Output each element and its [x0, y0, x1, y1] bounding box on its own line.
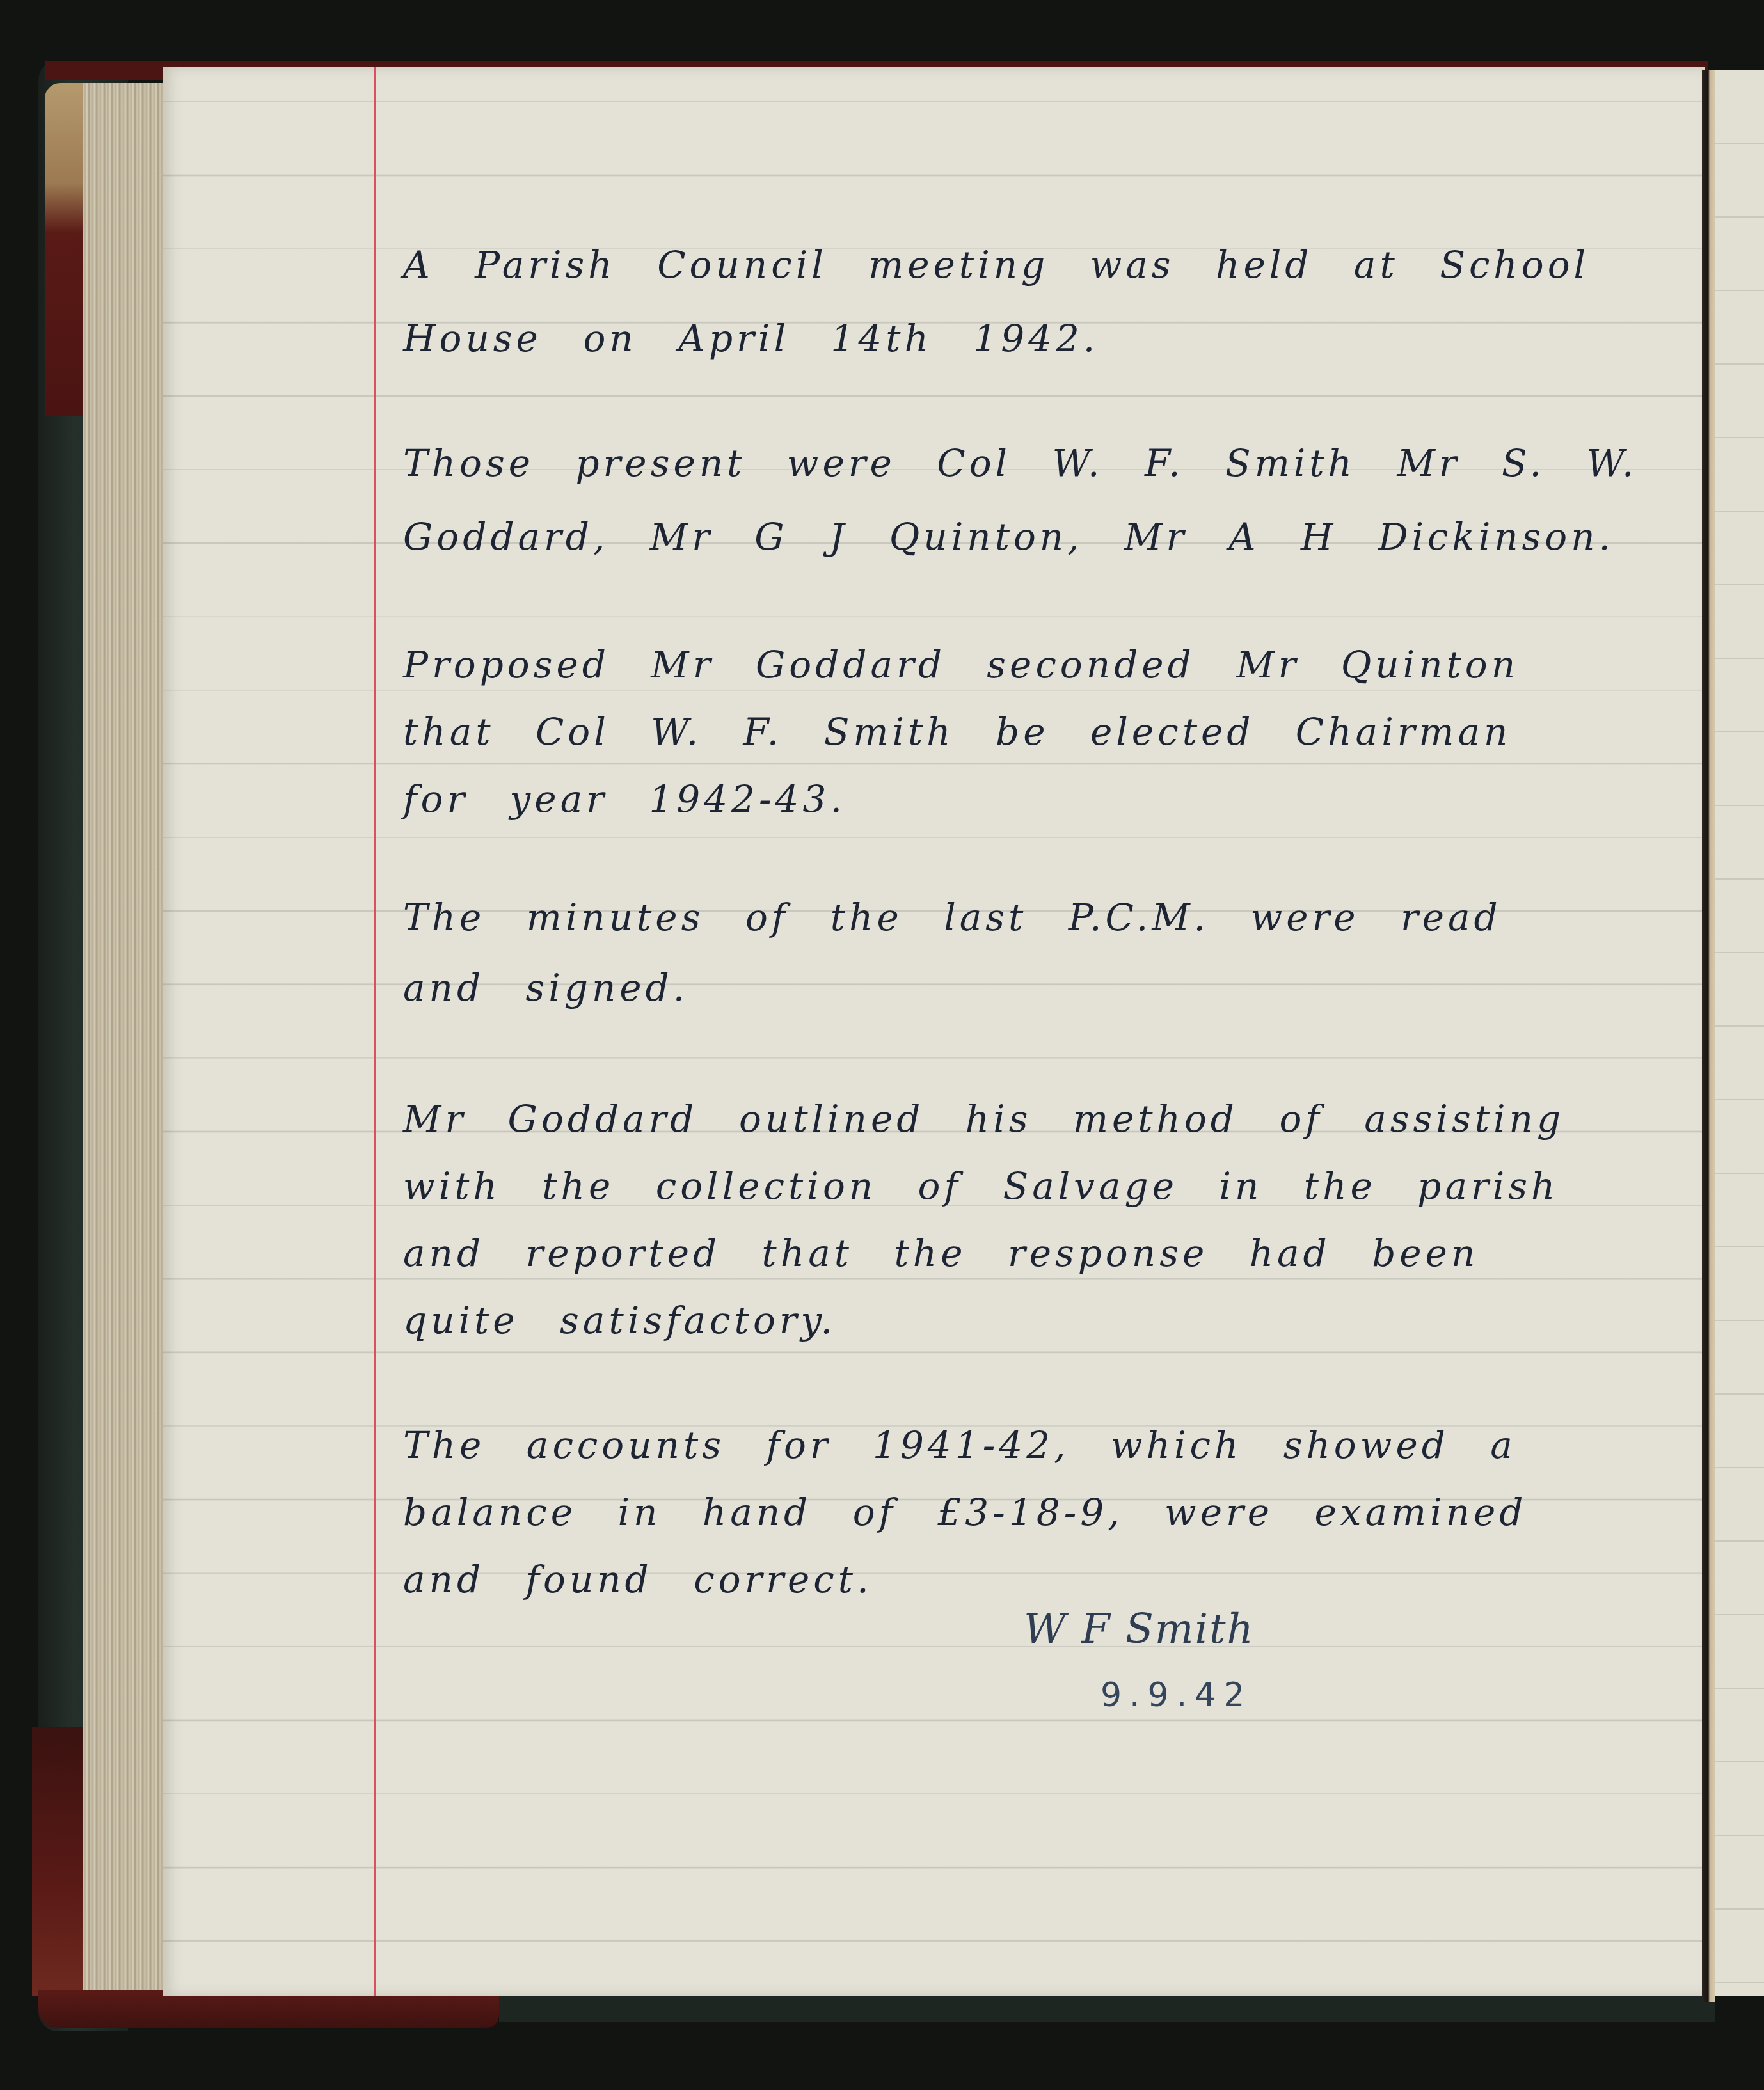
minutes-line-2: and signed. [403, 966, 688, 1009]
minutes-line-1: The minutes of the last P.C.M. were read [403, 896, 1502, 939]
meeting-line-1: A Parish Council meeting was held at Sch… [403, 243, 1589, 287]
accounts-line-3: and found correct. [403, 1558, 873, 1601]
attendance-line-2: Goddard, Mr G J Quinton, Mr A H Dickinso… [403, 515, 1614, 558]
page-edges [83, 83, 163, 2002]
election-line-1: Proposed Mr Goddard seconded Mr Quinton [403, 643, 1519, 686]
facing-page-edge [1715, 70, 1764, 1996]
book-gutter [1702, 70, 1715, 2002]
chairman-signature: W F Smith [1024, 1606, 1255, 1653]
election-line-2: that Col W. F. Smith be elected Chairman [403, 710, 1511, 754]
salvage-line-2: with the collection of Salvage in the pa… [403, 1164, 1559, 1208]
salvage-line-4: quite satisfactory. [403, 1299, 836, 1342]
accounts-line-1: The accounts for 1941-42, which showed a [403, 1423, 1516, 1467]
attendance-line-1: Those present were Col W. F. Smith Mr S.… [403, 441, 1637, 485]
margin-rule [374, 67, 376, 1996]
salvage-line-3: and reported that the response had been [403, 1231, 1479, 1275]
signature-date: 9.9.42 [1101, 1676, 1252, 1714]
election-line-3: for year 1942-43. [403, 777, 846, 821]
meeting-line-2: House on April 14th 1942. [403, 317, 1099, 360]
book-cover-cloth-bottom [499, 1996, 1715, 2022]
leather-corner-bottom [32, 1727, 83, 1996]
leather-corner-top [45, 83, 83, 416]
accounts-line-2: balance in hand of £3-18-9, were examine… [403, 1491, 1527, 1534]
salvage-line-1: Mr Goddard outlined his method of assist… [403, 1097, 1564, 1141]
